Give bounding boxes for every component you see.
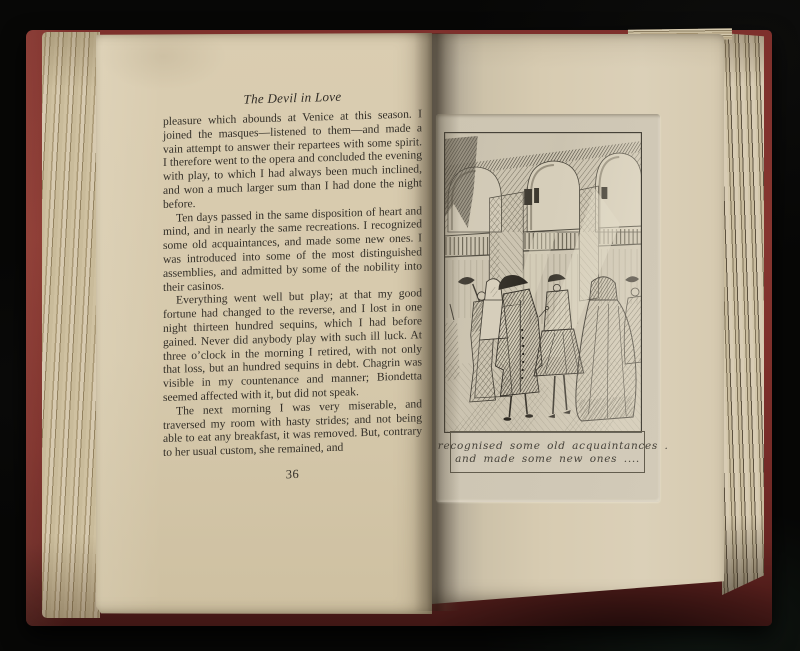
paragraph: Ten days passed in the same disposition … xyxy=(163,204,422,294)
plate-caption-line-1: I recognised some old acquaintances . xyxy=(426,440,668,452)
left-page-text-column: The Devil in Love pleasure which abounds… xyxy=(163,86,422,486)
plate-caption-line-2: and made some new ones .... xyxy=(455,453,640,465)
paragraph: The next morning I was very miserable, a… xyxy=(163,397,422,460)
left-page: The Devil in Love pleasure which abounds… xyxy=(96,33,432,614)
body-text: pleasure which abounds at Venice at this… xyxy=(163,107,422,460)
page-number: 36 xyxy=(163,463,422,486)
right-page: I recognised some old acquaintances . an… xyxy=(432,34,724,604)
paragraph: Everything went well but play; at that m… xyxy=(163,287,422,405)
venetian-casino-etching xyxy=(444,132,642,433)
gutter-shadow xyxy=(414,33,460,611)
illustration-frame xyxy=(444,132,642,433)
photograph-of-open-book: The Devil in Love pleasure which abounds… xyxy=(0,0,800,651)
running-head: The Devil in Love xyxy=(163,86,422,110)
page-edges-right xyxy=(722,33,764,595)
page-edges-left xyxy=(42,32,100,618)
paragraph: pleasure which abounds at Venice at this… xyxy=(163,107,422,211)
plate-caption: I recognised some old acquaintances . an… xyxy=(450,431,645,473)
